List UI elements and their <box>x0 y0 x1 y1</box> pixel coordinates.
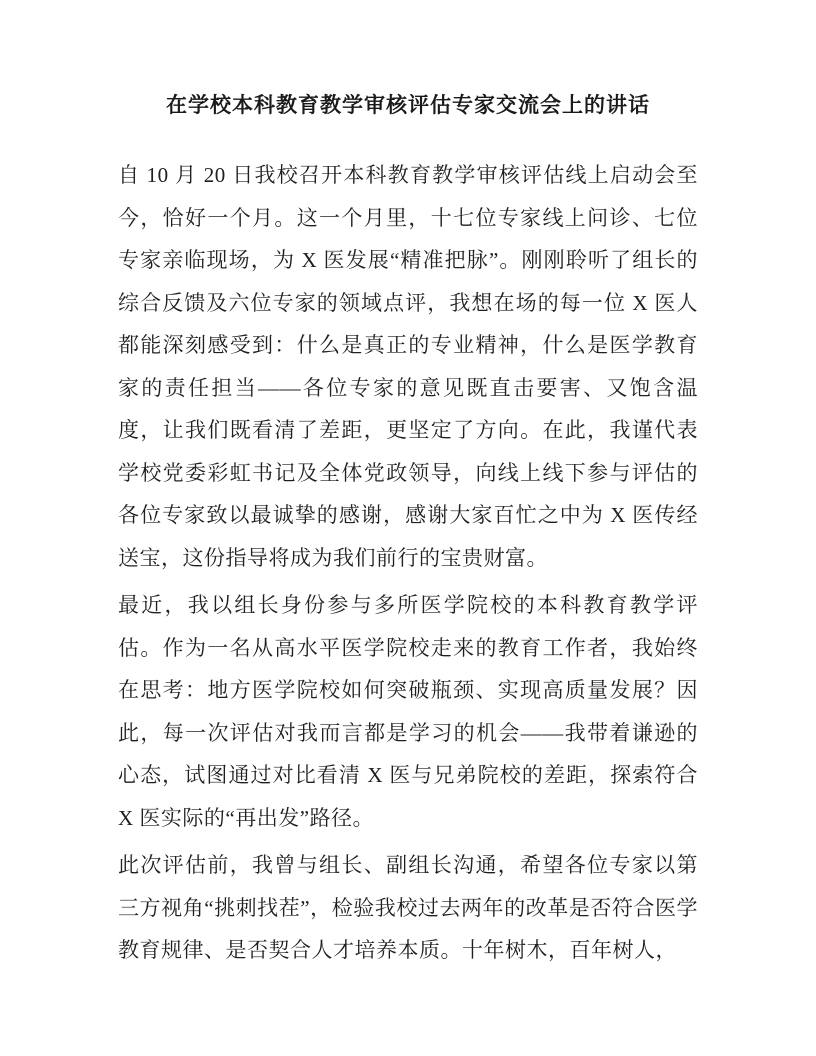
document-body: 自 10 月 20 日我校召开本科教育教学审核评估线上启动会至今，恰好一个月。这… <box>118 154 698 972</box>
document-title: 在学校本科教育教学审核评估专家交流会上的讲话 <box>118 91 698 119</box>
paragraph-3: 此次评估前，我曾与组长、副组长沟通，希望各位专家以第三方视角“挑刺找茬”，检验我… <box>118 844 698 972</box>
paragraph-1: 自 10 月 20 日我校召开本科教育教学审核评估线上启动会至今，恰好一个月。这… <box>118 154 698 579</box>
document-page: 在学校本科教育教学审核评估专家交流会上的讲话 自 10 月 20 日我校召开本科… <box>0 0 816 1056</box>
paragraph-2: 最近，我以组长身份参与多所医学院校的本科教育教学评估。作为一名从高水平医学院校走… <box>118 584 698 839</box>
